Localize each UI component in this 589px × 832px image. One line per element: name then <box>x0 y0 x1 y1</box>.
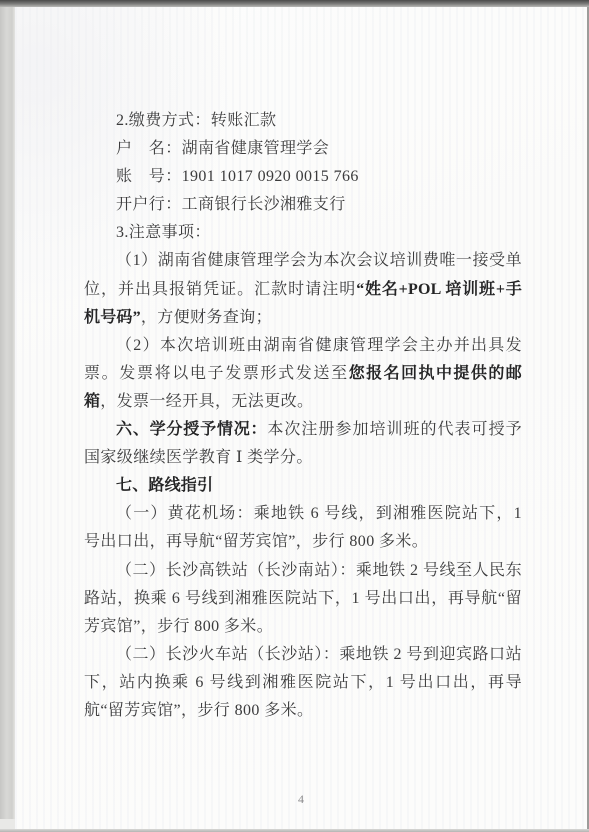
bank-branch-line: 开户行：工商银行长沙湘雅支行 <box>84 191 522 219</box>
note-1-paragraph: （1）湖南省健康管理学会为本次会议培训费唯一接受单位，并出具报销凭证。汇款时请注… <box>84 247 522 331</box>
scan-edge-left <box>0 7 15 819</box>
page-number: 4 <box>15 792 587 807</box>
route-1-paragraph: （一）黄花机场：乘地铁 6 号线，到湘雅医院站下，1 号出口出，再导航“留芳宾馆… <box>84 500 522 556</box>
notes-heading: 3.注意事项： <box>84 219 522 247</box>
credit-section-heading: 六、学分授予情况： <box>116 421 267 438</box>
account-number-line: 账 号：1901 1017 0920 0015 766 <box>84 163 522 191</box>
route-3-paragraph: （二）长沙火车站（长沙站）：乘地铁 2 号到迎宾路口站下，站内换乘 6 号线到湘… <box>84 641 522 725</box>
note-2-text-post: ，发票一经开具，无法更改。 <box>100 393 313 410</box>
route-2-paragraph: （二）长沙高铁站（长沙南站）：乘地铁 2 号线至人民东路站，换乘 6 号线到湘雅… <box>84 557 522 641</box>
note-1-text-post: ，方便财务查询； <box>141 309 272 326</box>
payment-method-line: 2.缴费方式：转账汇款 <box>84 107 522 135</box>
scan-edge-top <box>0 0 589 7</box>
account-name-line: 户 名：湖南省健康管理学会 <box>84 135 522 163</box>
document-body: 2.缴费方式：转账汇款 户 名：湖南省健康管理学会 账 号：1901 1017 … <box>84 107 522 725</box>
credit-section-paragraph: 六、学分授予情况：本次注册参加培训班的代表可授予国家级继续医学教育 Ⅰ 类学分。 <box>84 416 522 472</box>
note-2-paragraph: （2）本次培训班由湖南省健康管理学会主办并出具发票。发票将以电子发票形式发送至您… <box>84 332 522 416</box>
scanned-document-page: 2.缴费方式：转账汇款 户 名：湖南省健康管理学会 账 号：1901 1017 … <box>15 7 587 829</box>
route-section-heading: 七、路线指引 <box>84 472 522 500</box>
route-heading-text: 七、路线指引 <box>116 477 213 494</box>
